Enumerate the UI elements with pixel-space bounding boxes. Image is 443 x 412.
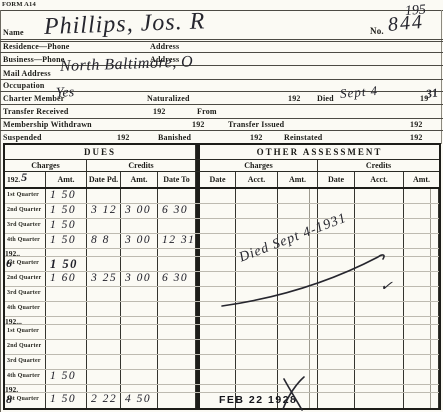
year-label-cell: 192... [5,317,46,324]
other-col-amt-charges: Amt. [278,172,318,187]
year-label-cell: 192..6 [5,249,46,256]
date-pd-cell: 2 22 [87,393,121,408]
date-to-cell [158,219,196,233]
amt-credits-cell [121,325,158,339]
handwritten-amount: 1 50 [50,204,76,216]
dues-col-amt-credits: Amt. [121,172,158,187]
quarter-label-cell: 1st Quarter [5,189,46,203]
oa-amt-charges-cell [278,340,318,354]
year-handwritten: 5 [21,170,27,185]
amt-charges-cell: 1 50 [46,204,87,218]
date-to-cell [158,189,196,203]
amt-charges-cell [46,249,87,256]
other-col-date-credits: Date [318,172,355,187]
quarter-label-cell: 3rd Quarter [5,355,46,369]
date-to-cell [158,257,196,271]
dues-quarter-row: 2nd Quarter [5,340,439,355]
quarter-label-cell: 4th Quarter [5,234,46,248]
membership-withdrawn-label: Membership Withdrawn [3,121,92,129]
rule-line [0,79,443,80]
oa-date-charges-cell [200,317,236,324]
oa-date-charges-cell [200,370,236,384]
name-label: Name [3,29,24,37]
oa-amt-credits-cell [404,370,439,384]
oa-amt-credits-cell [404,249,439,256]
date-pd-cell: 3 12 [87,204,121,218]
amt-charges-cell: 1 50 [46,234,87,248]
amt-charges-cell: 1 50 [46,219,87,233]
oa-date-credits-cell [318,189,355,203]
amt-credits-cell [121,317,158,324]
handwritten-amount: 3 00 [125,234,151,246]
oa-amt-credits-cell [404,189,439,203]
oa-date-charges-cell [200,385,236,392]
oa-date-credits-cell [318,370,355,384]
amt-credits-cell [121,302,158,316]
residence-address-label: Address [150,43,179,51]
handwritten-amount: 1 50 [50,219,76,231]
mail-address-value: North Baltimore, O [60,54,194,75]
dues-quarter-row: 2nd Quarter1 503 123 006 30 [5,204,439,219]
occupation-label: Occupation [3,82,45,90]
amt-credits-cell [121,189,158,203]
membership-withdrawn-year: 192 [192,121,205,129]
amt-charges-cell [46,287,87,301]
oa-acct-credits-cell [355,385,404,392]
transfer-issued-year: 192 [410,121,423,129]
other-col-acct-charges: Acct. [236,172,278,187]
quarter-label-cell: 4th Quarter [5,302,46,316]
handwritten-amount: 12 31 [162,234,195,246]
reinstated-label: Reinstated [284,134,322,142]
quarter-label-cell: 1st Quarter [5,393,46,408]
rule-line [0,104,443,105]
died-note-flourish [212,244,397,316]
suspended-year: 192 [117,134,130,142]
other-col-amt-credits: Amt. [404,172,439,187]
date-to-cell: 6 30 [158,204,196,218]
oa-amt-credits-cell [404,287,439,301]
oa-amt-credits-cell [404,234,439,248]
oa-amt-charges-cell [278,204,318,218]
handwritten-amount: 6 30 [162,204,188,216]
oa-acct-credits-cell [355,317,404,324]
quarter-label-cell: 4th Quarter [5,370,46,384]
table-group-header-row: Charges Credits Charges Credits [5,160,439,172]
card-left-edge [0,10,1,412]
handwritten-amount: 1 50 [50,189,76,201]
amt-credits-cell [121,385,158,392]
amt-credits-cell [121,340,158,354]
date-to-cell: 6 30 [158,272,196,286]
oa-date-charges-cell [200,204,236,218]
oa-date-credits-cell [318,340,355,354]
naturalized-year: 192 [288,95,301,103]
amt-credits-cell [121,249,158,256]
rule-line [0,130,443,131]
handwritten-amount: 2 22 [91,393,117,405]
oa-amt-credits-cell [404,385,439,392]
oa-acct-charges-cell [236,355,278,369]
date-pd-cell [87,189,121,203]
dues-quarter-row: 3rd Quarter1 50 [5,219,439,234]
handwritten-amount: 3 00 [125,204,151,216]
date-to-cell [158,287,196,301]
amt-credits-cell [121,370,158,384]
form-code: FORM A14 [2,2,36,9]
quarter-label-cell: 3rd Quarter [5,219,46,233]
oa-amt-credits-cell [404,317,439,324]
oa-amt-credits-cell [404,272,439,286]
amt-credits-cell: 3 00 [121,204,158,218]
date-pd-cell [87,257,121,271]
dues-year-row: 192... [5,317,439,325]
rule-line [0,52,443,53]
record-card: FORM A14 195 Name Phillips, Jos. R No. 8… [0,0,443,412]
other-col-date-charges: Date [200,172,236,187]
oa-date-charges-cell [200,340,236,354]
rule-line [0,39,443,40]
oa-amt-credits-cell [404,204,439,218]
amt-credits-cell [121,287,158,301]
rule-line [0,118,443,119]
quarter-label-cell: 2nd Quarter [5,340,46,354]
oa-acct-credits-cell [355,189,404,203]
handwritten-amount: 6 30 [162,272,188,284]
oa-amt-credits-cell [404,257,439,271]
dues-col-date-pd: Date Pd. [87,172,121,187]
banished-label: Banished [158,134,191,142]
amt-credits-cell [121,219,158,233]
amt-charges-cell: 1 50 [46,393,87,408]
handwritten-amount: 1 50 [50,234,76,246]
oa-date-charges-cell [200,189,236,203]
year-printed: 192. [7,175,20,184]
reinstated-year: 192 [410,134,423,142]
date-to-cell [158,302,196,316]
amt-credits-cell: 3 00 [121,272,158,286]
dues-col-amt-charges: Amt. [46,172,87,187]
dues-charges-header: Charges [5,160,87,171]
amt-credits-cell [121,257,158,271]
amt-charges-cell: 1 50 [46,370,87,384]
card-right-edge [441,10,442,144]
banished-year: 192 [250,134,263,142]
oa-amt-credits-cell [404,302,439,316]
oa-acct-charges-cell [236,189,278,203]
oa-acct-charges-cell [236,370,278,384]
dues-title-cell: DUES [5,145,196,159]
date-pd-cell [87,302,121,316]
date-pd-cell [87,249,121,256]
mail-address-label: Mail Address [3,70,51,78]
dues-year-row: 192.8 [5,385,439,393]
date-to-cell [158,370,196,384]
amt-charges-cell [46,385,87,392]
oa-amt-charges-cell [278,325,318,339]
oa-acct-charges-cell [236,317,278,324]
year-label-cell: 192.8 [5,385,46,392]
quarter-label-cell: 3rd Quarter [5,287,46,301]
amt-charges-cell [46,325,87,339]
date-pd-cell [87,219,121,233]
oa-acct-credits-cell [355,355,404,369]
date-to-cell [158,325,196,339]
handwritten-amount: 3 25 [91,272,117,284]
date-pd-cell [87,325,121,339]
other-assessment-title: OTHER ASSESSMENT [257,147,383,157]
business-phone-label: Business—Phone [3,56,64,64]
oa-acct-charges-cell [236,204,278,218]
other-charges-header: Charges [200,160,318,171]
oa-acct-charges-cell [236,325,278,339]
oa-acct-credits-cell [355,370,404,384]
name-value: Phillips, Jos. R [44,9,206,39]
transfer-issued-label: Transfer Issued [228,121,284,129]
oa-date-credits-cell [318,317,355,324]
amt-credits-cell [121,355,158,369]
amt-charges-cell: 1 50 [46,257,87,271]
oa-date-charges-cell [200,219,236,233]
date-pd-cell: 3 25 [87,272,121,286]
oa-date-charges-cell [200,325,236,339]
handwritten-amount: 3 00 [125,272,151,284]
dues-quarter-row: 3rd Quarter [5,355,439,370]
handwritten-amount: 1 60 [50,272,76,284]
date-to-cell [158,393,196,408]
oa-acct-credits-cell [355,393,404,408]
member-no-value: 844 [387,12,425,35]
quarter-label-cell: 2nd Quarter [5,204,46,218]
oa-acct-credits-cell [355,325,404,339]
transfer-received-year: 192 [153,108,166,116]
from-label: From [197,108,217,116]
amt-charges-cell [46,317,87,324]
handwritten-amount: 1 50 [50,393,76,405]
amt-charges-cell: 1 50 [46,189,87,203]
date-to-cell [158,385,196,392]
other-credits-header: Credits [318,160,439,171]
oa-date-credits-cell [318,393,355,408]
member-no-label: No. [370,27,384,36]
date-to-cell: 12 31 [158,234,196,248]
oa-amt-charges-cell [278,317,318,324]
oa-amt-charges-cell [278,355,318,369]
handwritten-amount: 4 50 [125,393,151,405]
other-assessment-title-cell: OTHER ASSESSMENT [200,145,439,159]
date-to-cell [158,340,196,354]
handwritten-amount: 3 12 [91,204,117,216]
charter-member-value: Yes [56,86,75,101]
date-pd-cell [87,355,121,369]
oa-amt-credits-cell [404,325,439,339]
dues-credits-header: Credits [87,160,196,171]
oa-date-credits-cell [318,325,355,339]
table-column-header-row: 192. 5 Amt. Date Pd. Amt. Date To Date A… [5,172,439,189]
amt-credits-cell: 4 50 [121,393,158,408]
amt-charges-cell [46,302,87,316]
date-pd-cell [87,340,121,354]
oa-acct-charges-cell [236,340,278,354]
date-pd-cell: 8 8 [87,234,121,248]
dues-year-header-cell: 192. 5 [5,172,46,187]
quarter-label-cell: 1st Quarter [5,325,46,339]
oa-acct-credits-cell [355,219,404,233]
died-date-value: Sept 4 [339,84,378,100]
date-pd-cell [87,287,121,301]
date-to-cell [158,249,196,256]
oa-amt-credits-cell [404,355,439,369]
quarter-label-cell: 1st Quarter [5,257,46,271]
died-year-written: 31 [425,86,439,100]
amt-charges-cell [46,340,87,354]
table-title-row: DUES OTHER ASSESSMENT [5,145,439,160]
card-top-rule [0,10,443,11]
oa-amt-charges-cell [278,189,318,203]
dues-title: DUES [84,147,116,157]
oa-amt-credits-cell [404,393,439,408]
dues-quarter-row: 1st Quarter [5,325,439,340]
oa-amt-credits-cell [404,219,439,233]
oa-acct-credits-cell [355,204,404,218]
handwritten-amount: 1 50 [50,257,78,272]
oa-date-credits-cell [318,385,355,392]
amt-charges-cell [46,355,87,369]
oa-date-charges-cell [200,355,236,369]
naturalized-label: Naturalized [147,95,190,103]
other-col-acct-credits: Acct. [355,172,404,187]
date-pd-cell [87,317,121,324]
quarter-label-cell: 2nd Quarter [5,272,46,286]
suspended-label: Suspended [3,134,42,142]
died-label: Died [317,95,334,103]
check-mark-handwriting: ✓ [379,279,393,295]
handwritten-amount: 8 8 [91,234,110,246]
dues-col-date-to: Date To [158,172,196,187]
x-mark-handwriting [278,374,308,412]
date-to-cell [158,317,196,324]
handwritten-amount: 1 50 [50,370,76,382]
oa-amt-credits-cell [404,340,439,354]
transfer-received-label: Transfer Received [3,108,69,116]
oa-acct-credits-cell [355,340,404,354]
amt-credits-cell: 3 00 [121,234,158,248]
residence-phone-label: Residence—Phone [3,43,70,51]
dues-quarter-row: 1st Quarter1 50 [5,189,439,204]
date-pd-cell [87,385,121,392]
date-to-cell [158,355,196,369]
amt-charges-cell: 1 60 [46,272,87,286]
dues-quarter-row: 4th Quarter1 50 [5,370,439,385]
date-pd-cell [87,370,121,384]
oa-acct-charges-cell [236,219,278,233]
oa-acct-charges-cell [236,385,278,392]
oa-date-credits-cell [318,355,355,369]
